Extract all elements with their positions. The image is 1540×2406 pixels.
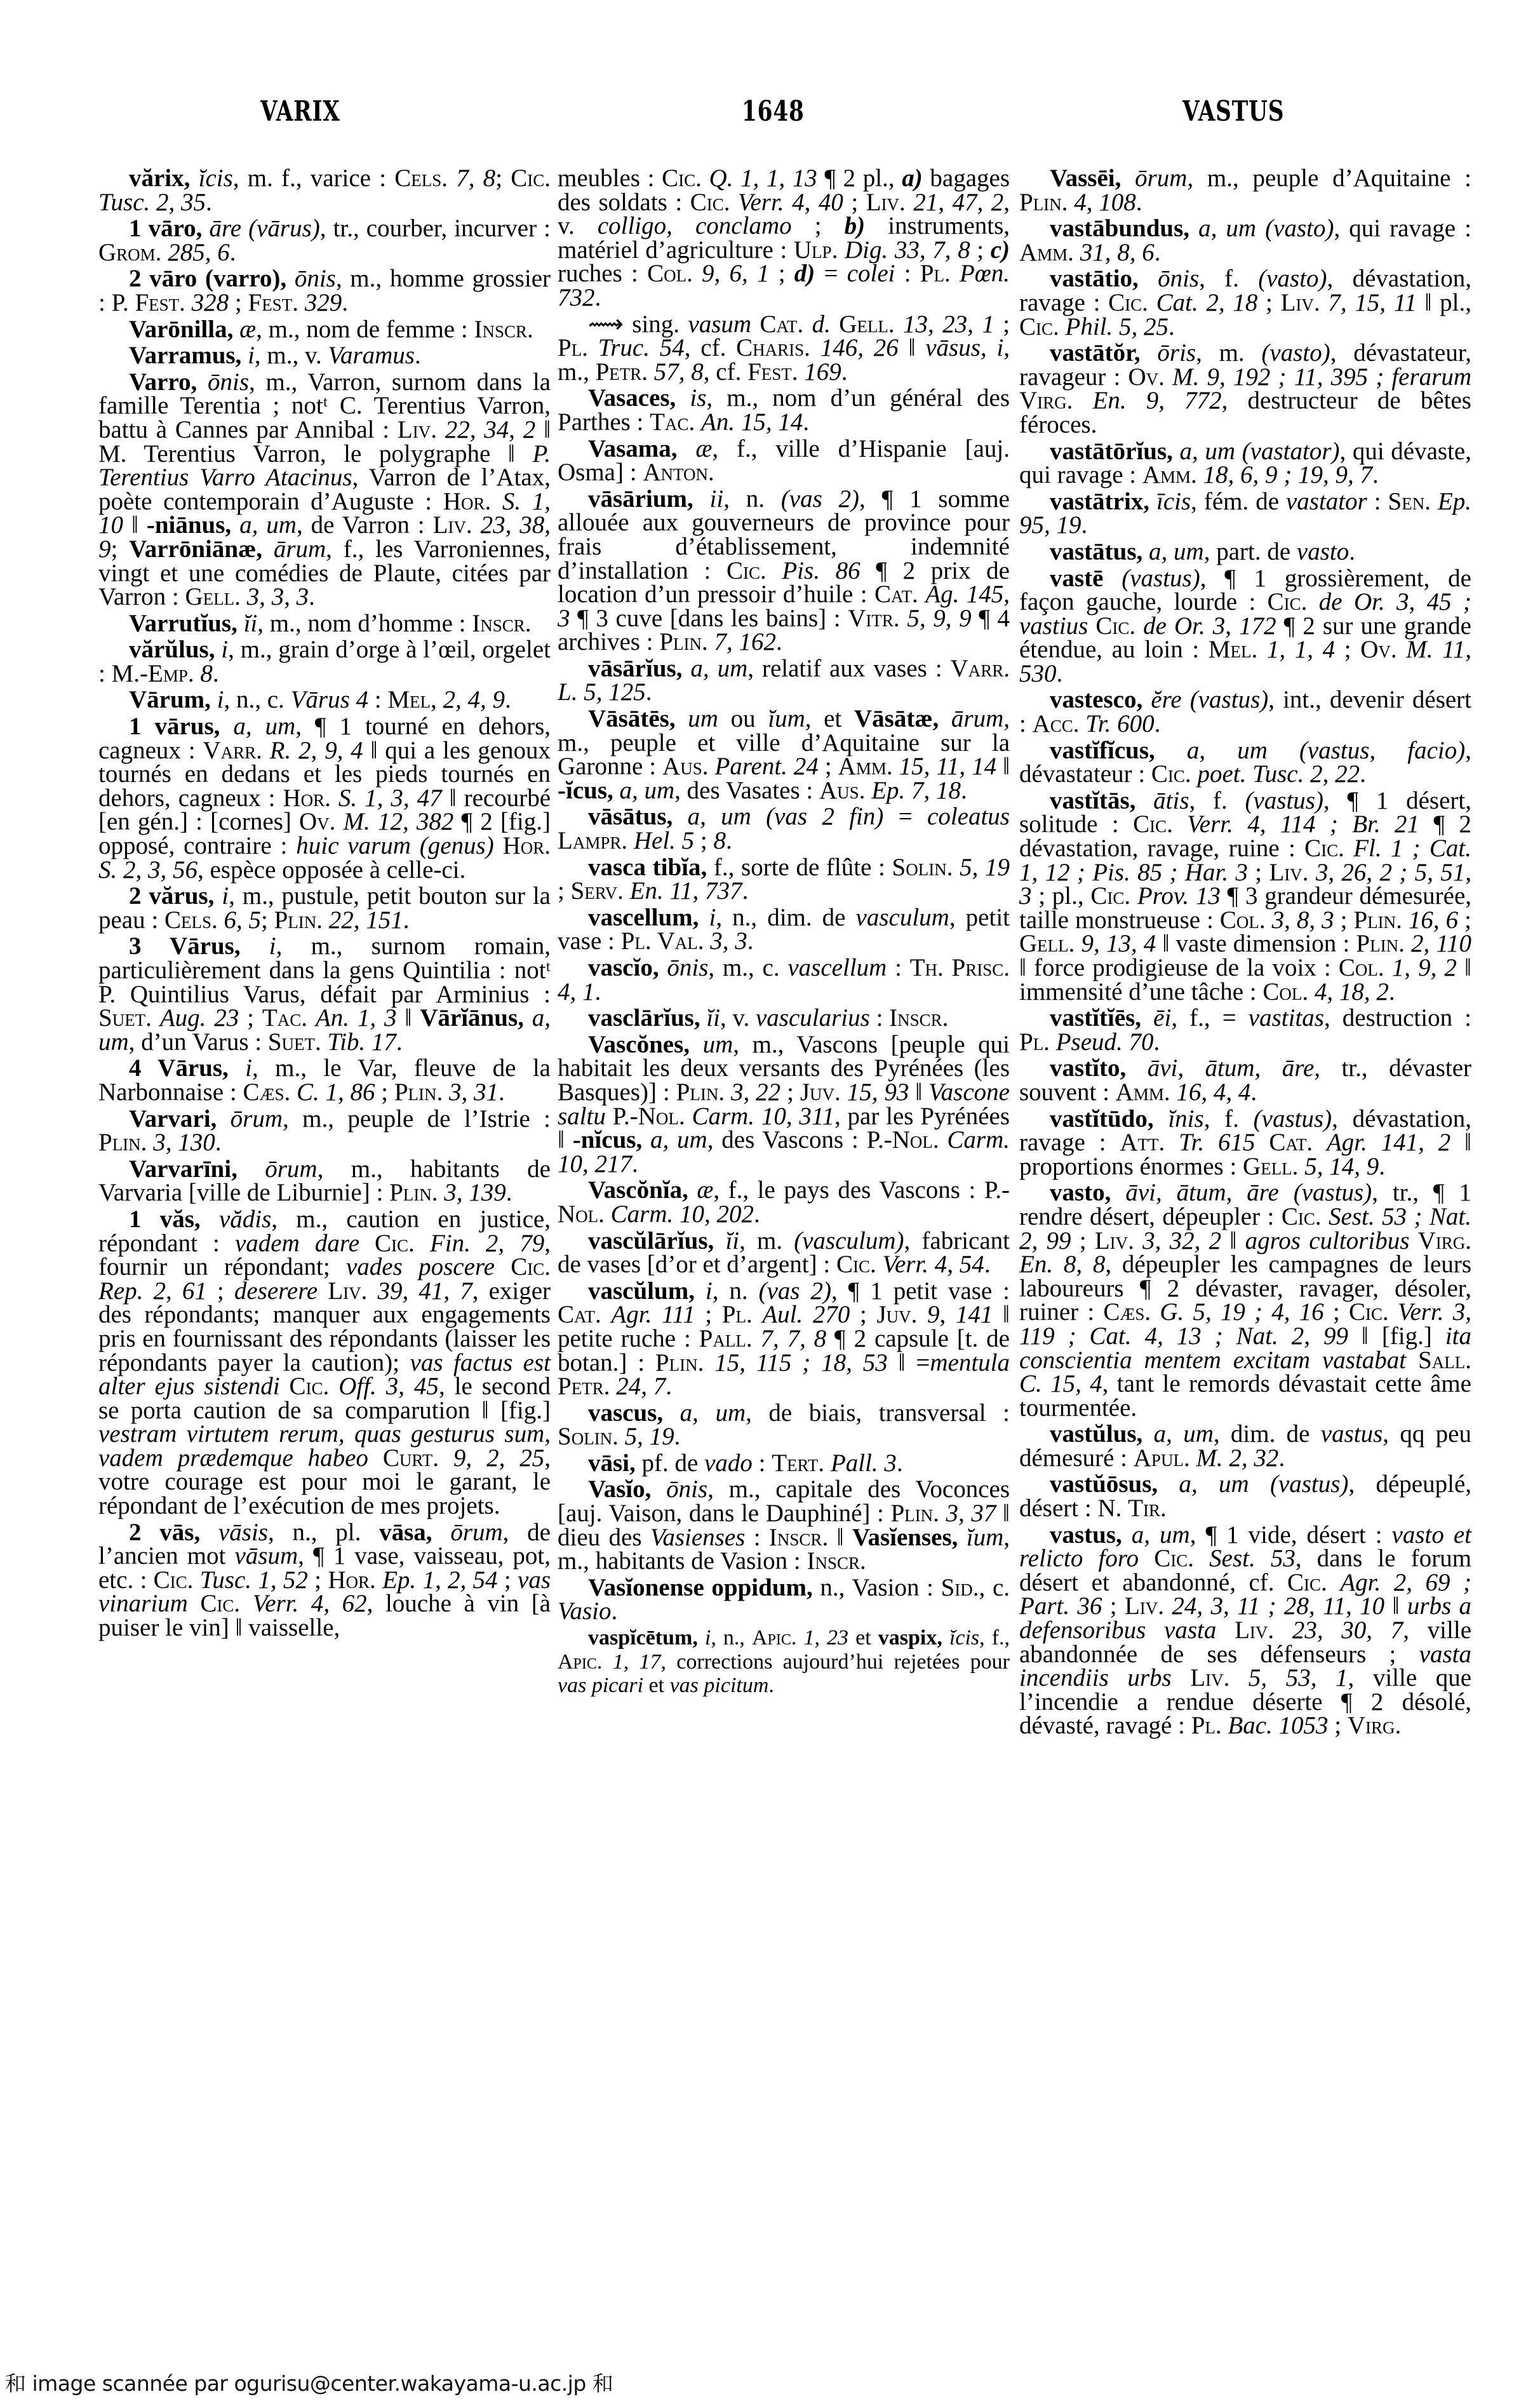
- entry-text: [831, 311, 839, 338]
- entry-text: Plin.: [1019, 189, 1074, 216]
- entry-text: 169: [804, 358, 841, 386]
- entry-headword: Vasama,: [588, 435, 695, 462]
- entry-text: Cæs.: [243, 1079, 297, 1106]
- entry-text: , f.: [1199, 265, 1258, 292]
- entry-text: Vasio: [558, 1597, 612, 1625]
- entry-text: Varrōniānæ,: [129, 535, 274, 563]
- dictionary-entry: vāsātus, a, um (vas 2 fin) = coleatus La…: [558, 805, 1010, 852]
- entry-text: i: [245, 1054, 252, 1082]
- entry-text: Cic.: [1133, 810, 1187, 838]
- entry-text: pf. de: [642, 1449, 705, 1477]
- entry-text: .: [754, 1200, 760, 1228]
- entry-headword: vascellum,: [588, 904, 709, 931]
- entry-text: ;: [1257, 289, 1280, 316]
- entry-text: Vārus 4: [291, 686, 368, 713]
- entry-text: , relatif aux vases :: [747, 655, 950, 682]
- entry-text: ;: [1102, 1592, 1125, 1620]
- entry-text: Cic.: [690, 189, 738, 216]
- entry-text: agros cultoribus: [1245, 1227, 1410, 1254]
- entry-headword: Varvari,: [129, 1105, 231, 1132]
- entry-text: b): [845, 212, 866, 239]
- entry-text: vascellum: [787, 954, 887, 981]
- entry-text: ōnis: [666, 1475, 707, 1503]
- entry-text: , des Vasates :: [674, 777, 819, 804]
- entry-text: Sall.: [1418, 1347, 1471, 1374]
- entry-text: ;: [1324, 1298, 1349, 1326]
- entry-text: Cat.: [1269, 1129, 1327, 1156]
- entry-text: Amm.: [1116, 1079, 1177, 1106]
- entry-text: Agr. 141, 2: [1327, 1129, 1450, 1156]
- entry-text: Suet.: [268, 1028, 328, 1056]
- dictionary-entry: vasclārĭus, ĭi, v. vascularius : Inscr.: [558, 1006, 1010, 1030]
- entry-text: Plin.: [1356, 930, 1411, 957]
- entry-text: Liv.: [1190, 1664, 1249, 1691]
- entry-text: c): [991, 236, 1010, 264]
- dictionary-entry: Varrutĭus, ĭi, m., nom d’homme : Inscr.: [98, 612, 551, 636]
- entry-text: Liv.: [866, 189, 914, 216]
- entry-text: .: [230, 239, 236, 266]
- entry-text: Mel.: [1209, 636, 1267, 663]
- entry-text: Phil. 5, 25: [1066, 313, 1169, 340]
- dictionary-entry: meubles : Cic. Q. 1, 1, 13 ¶ 2 pl., a) b…: [558, 166, 1010, 310]
- entry-headword: vastātio,: [1050, 265, 1158, 292]
- entry-text: vaspix,: [878, 1626, 949, 1650]
- entry-text: Hor.: [283, 784, 338, 812]
- entry-text: a, um: [650, 1126, 707, 1153]
- entry-text: Pl.: [722, 1301, 763, 1328]
- entry-text: Cic.: [1282, 1203, 1329, 1230]
- entry-text: , destruction :: [1324, 1004, 1471, 1032]
- entry-text: Q. 1, 1, 13: [709, 165, 817, 192]
- entry-text: :: [895, 260, 920, 287]
- entry-text: .: [215, 1129, 222, 1156]
- entry-text: 5, 19: [960, 854, 1010, 881]
- entry-text: ĭi: [244, 610, 258, 637]
- entry-text: .: [1155, 710, 1161, 737]
- entry-text: 329: [305, 289, 342, 316]
- entry-text: (vasto): [1261, 339, 1330, 366]
- entry-text: 31, 8, 6: [1080, 239, 1155, 266]
- entry-text: , part. de: [1204, 538, 1297, 565]
- entry-text: āre (vārus): [210, 215, 320, 242]
- entry-text: Charis.: [736, 334, 820, 361]
- entry-text: .: [1349, 538, 1355, 565]
- entry-text: 16, 4, 4: [1176, 1079, 1250, 1106]
- entry-headword: vastātŏr,: [1050, 339, 1157, 366]
- entry-text: 7, 162: [714, 628, 776, 655]
- entry-text: Inscr.: [474, 316, 533, 343]
- entry-text: vasum: [688, 311, 751, 338]
- entry-text: .: [1081, 511, 1088, 539]
- entry-text: .: [506, 1179, 512, 1206]
- entry-text: vades poscere: [346, 1253, 495, 1280]
- entry-text: =: [815, 260, 847, 287]
- entry-text: æ: [239, 316, 256, 343]
- entry-headword: 3 Vārus,: [129, 932, 269, 960]
- entry-text: , m., v.: [255, 342, 328, 369]
- entry-text: Ov.: [1360, 636, 1406, 663]
- entry-text: Col.: [1339, 954, 1392, 981]
- dictionary-entry: 1 vārus, a, um, ¶ 1 tourné en dehors, ca…: [98, 715, 551, 882]
- left-guide-word: VARIX: [260, 95, 340, 128]
- entry-text: 3, 31: [449, 1079, 499, 1106]
- entry-text: .: [984, 1251, 991, 1278]
- entry-text: Plin.: [394, 1079, 449, 1106]
- entry-headword: vastātrix,: [1050, 488, 1156, 515]
- entry-text: Vasĭenses,: [852, 1524, 967, 1551]
- entry-text: Plin.: [890, 1500, 946, 1527]
- entry-text: vasto: [1297, 538, 1349, 565]
- entry-headword: vāsārĭus,: [588, 655, 690, 682]
- entry-text: ;: [375, 1079, 394, 1106]
- dictionary-entry: ⟿ sing. vasum Cat. d. Gell. 13, 23, 1 ; …: [558, 313, 1010, 384]
- entry-text: , n., c.: [224, 686, 291, 713]
- entry-text: Gell.: [839, 311, 903, 338]
- entry-text: ĭcis: [199, 165, 233, 192]
- entry-text: ; pl.,: [1032, 882, 1091, 910]
- entry-text: ōnis: [295, 265, 336, 292]
- entry-text: Hor.: [443, 488, 502, 515]
- entry-text: Ep. 7, 18: [871, 777, 961, 804]
- entry-text: ĭi: [725, 1227, 739, 1254]
- dictionary-entry: 4 Vārus, i, m., le Var, fleuve de la Nar…: [98, 1056, 551, 1104]
- entry-text: .: [1278, 1444, 1285, 1472]
- dictionary-entry: vastĭtĭēs, ēi, f., = vastitas, destructi…: [1019, 1006, 1471, 1054]
- entry-text: et: [848, 1626, 878, 1650]
- dictionary-entry: 1 văs, vădis, m., caution en justice, ré…: [98, 1207, 551, 1518]
- dictionary-entry: vastātio, ōnis, f. (vasto), dévastation,…: [1019, 267, 1471, 339]
- entry-text: Cic.: [1349, 1298, 1398, 1326]
- entry-text: Vitr.: [848, 605, 907, 632]
- entry-text: mentula: [930, 1349, 1010, 1376]
- entry-text: f., sorte de flûte :: [714, 854, 892, 881]
- entry-headword: 4 Vārus,: [129, 1054, 245, 1082]
- entry-text: Juv.: [800, 1079, 847, 1106]
- entry-text: (vasto): [1258, 265, 1327, 292]
- dictionary-entry: Vasĭonense oppidum, n., Vasion : Sid., c…: [558, 1576, 1010, 1623]
- entry-text: Liv.: [1281, 289, 1329, 316]
- entry-text: 23, 30, 7: [1292, 1616, 1403, 1644]
- entry-text: Vārĭānus,: [420, 1004, 532, 1032]
- entry-text: vas picitum: [670, 1674, 769, 1697]
- dictionary-column-3: Vassēi, ōrum, m., peuple d’Aquitaine : P…: [1019, 166, 1471, 1740]
- entry-headword: 2 vāro (varro),: [129, 265, 295, 292]
- dictionary-entry: vărix, ĭcis, m. f., varice : Cels. 7, 8;…: [98, 166, 551, 214]
- dictionary-entry: Vāsātēs, um ou ĭum, et Vāsātæ, ārum, m.,…: [558, 707, 1010, 802]
- dictionary-entry: 2 vāro (varro), ōnis, m., homme grossier…: [98, 267, 551, 314]
- entry-headword: 1 vāro,: [129, 215, 210, 242]
- entry-text: Inscr.: [472, 610, 531, 637]
- entry-text: , f., le pays des Vascons : P.-: [713, 1176, 1010, 1204]
- entry-text: ,: [431, 686, 443, 713]
- entry-text: ;: [239, 1004, 262, 1032]
- entry-text: .: [342, 289, 348, 316]
- entry-text: Off. 3, 45: [338, 1373, 439, 1400]
- entry-text: ‖: [123, 511, 147, 539]
- entry-text: Tert.: [772, 1449, 831, 1477]
- dictionary-entry: vastŭlus, a, um, dim. de vastus, qq peu …: [1019, 1422, 1471, 1470]
- entry-text: Nol.: [638, 1103, 692, 1130]
- dictionary-entry: vastĭtūdo, ĭnis, f. (vastus), dévastatio…: [1019, 1107, 1471, 1179]
- entry-text: Solin.: [558, 1423, 625, 1450]
- entry-text: 21, 47, 2: [913, 189, 1003, 216]
- entry-text: Petr.: [596, 358, 654, 386]
- dictionary-entry: vaspĭcētum, i, n., Apic. 1, 23 et vaspix…: [558, 1626, 1010, 1698]
- entry-text: M. 2, 32: [1196, 1444, 1278, 1472]
- entry-text: , qui ravage :: [1334, 215, 1471, 242]
- entry-text: Cic.: [1268, 588, 1319, 615]
- entry-text: Grom.: [98, 239, 168, 266]
- entry-text: Gell.: [1243, 1153, 1304, 1180]
- entry-text: ēi: [1153, 1004, 1171, 1032]
- entry-text: ĭnis: [1168, 1105, 1203, 1132]
- entry-text: , m., peuple d’Aquitaine :: [1187, 165, 1471, 192]
- entry-text: Amm.: [838, 753, 899, 780]
- entry-text: Virg.: [1019, 387, 1093, 414]
- dictionary-entry: vastātŏr, ōris, m. (vasto), dévastateur,…: [1019, 341, 1471, 436]
- entry-text: (vastus): [1254, 1105, 1332, 1132]
- entry-text: i: [221, 636, 228, 663]
- entry-text: vasculum: [856, 904, 949, 931]
- entry-text: vastator: [1286, 488, 1367, 515]
- dictionary-entry: Vārum, i, n., c. Vārus 4 : Mel, 2, 4, 9.: [98, 688, 551, 712]
- dictionary-entry: 2 vās, vāsis, n., pl. vāsa, ōrum, de l’a…: [98, 1521, 551, 1640]
- entry-text: ;: [308, 1566, 328, 1594]
- entry-text: i: [706, 1277, 713, 1305]
- entry-text: 24, 7: [616, 1373, 666, 1400]
- entry-text: Verr. 4, 54: [882, 1251, 984, 1278]
- dictionary-entry: vāsārĭus, a, um, relatif aux vases : Var…: [558, 657, 1010, 704]
- entry-text: ōnis: [208, 368, 249, 396]
- dictionary-entry: vascŭlārĭus, ĭi, m. (vasculum), fabrican…: [558, 1229, 1010, 1277]
- entry-text: Emp.: [148, 660, 200, 687]
- dictionary-entry: vastesco, ĕre (vastus), int., devenir dé…: [1019, 688, 1471, 736]
- entry-text: Dig. 33, 7, 8: [845, 236, 970, 264]
- entry-text: 1, 9, 2: [1392, 954, 1457, 981]
- dictionary-entry: vastābundus, a, um (vasto), qui ravage :…: [1019, 217, 1471, 264]
- entry-text: [359, 1230, 375, 1257]
- entry-text: Plin.: [676, 1079, 731, 1106]
- entry-text: , ¶ 1 petit vase :: [831, 1277, 1010, 1305]
- entry-text: Cic.: [1095, 612, 1143, 640]
- entry-text: 9, 13, 4: [1081, 930, 1156, 957]
- entry-text: .: [1154, 1028, 1160, 1056]
- entry-headword: vāsārium,: [588, 485, 710, 513]
- entry-text: vāsus, i: [925, 334, 1003, 361]
- entry-text: Sest. 53: [1209, 1545, 1296, 1572]
- dictionary-column-1: vărix, ĭcis, m. f., varice : Cels. 7, 8;…: [98, 166, 551, 1643]
- dictionary-entry: vastĭto, āvi, ātum, āre, tr., dévaster s…: [1019, 1056, 1471, 1104]
- entry-headword: vascŭlārĭus,: [588, 1227, 725, 1254]
- entry-headword: vastātōrĭus,: [1050, 438, 1180, 465]
- entry-text: Rep. 2, 61: [98, 1277, 207, 1305]
- entry-text: ;: [495, 165, 511, 192]
- entry-text: Aus.: [662, 753, 714, 780]
- entry-text: Suet.: [98, 1004, 160, 1032]
- entry-text: Hor.: [328, 1566, 382, 1594]
- entry-text: Verr. 4, 40: [738, 189, 843, 216]
- entry-text: a, um (vastator): [1180, 438, 1340, 465]
- entry-text: Sid.: [941, 1574, 979, 1601]
- dictionary-entry: 1 vāro, āre (vārus), tr., courber, incur…: [98, 217, 551, 264]
- entry-text: Aus.: [819, 777, 871, 804]
- entry-text: Hor.: [503, 832, 551, 859]
- entry-text: , n., dim. de: [716, 904, 855, 931]
- entry-text: 3, 139: [444, 1179, 506, 1206]
- entry-text: .: [1168, 313, 1175, 340]
- entry-text: d): [794, 260, 815, 287]
- entry-text: 3, 3: [710, 927, 747, 955]
- entry-text: [1216, 1616, 1235, 1644]
- entry-text: M. 12, 382: [344, 808, 454, 835]
- entry-text: poet. Tusc. 2, 22: [1197, 760, 1360, 788]
- dictionary-entry: vasca tibĭa, f., sorte de flûte : Solin.…: [558, 856, 1010, 903]
- entry-text: ōnis: [1158, 265, 1199, 292]
- entry-text: , de biais, transversal :: [746, 1399, 1010, 1427]
- entry-text: ;: [843, 189, 866, 216]
- entry-text: [280, 1373, 290, 1400]
- entry-text: .: [206, 189, 212, 216]
- entry-text: , d’un Varus :: [129, 1028, 268, 1056]
- entry-text: G. 5, 19 ; 4, 16: [1160, 1298, 1323, 1326]
- entry-text: 6, 5: [224, 906, 261, 934]
- entry-text: 5, 19: [625, 1423, 674, 1450]
- entry-text: ;: [819, 753, 838, 780]
- entry-text: :: [1367, 488, 1388, 515]
- entry-headword: vāsātus,: [588, 803, 688, 830]
- entry-text: 1, 23: [803, 1626, 848, 1650]
- entry-text: 9, 2, 25: [453, 1444, 544, 1472]
- entry-text: ou: [718, 705, 768, 732]
- entry-text: Inscr.: [807, 1547, 866, 1575]
- entry-text: Virg.: [1418, 1227, 1471, 1254]
- entry-text: deserere: [234, 1277, 318, 1305]
- entry-text: meubles :: [558, 165, 662, 192]
- dictionary-entry: vascellum, i, n., dim. de vasculum, peti…: [558, 906, 1010, 953]
- entry-headword: Vassēi,: [1050, 165, 1135, 192]
- entry-text: Tusc. 2, 35: [98, 189, 206, 216]
- entry-text: ;: [1329, 1712, 1348, 1739]
- entry-text: ĭum: [768, 705, 805, 732]
- dictionary-entry: vasto, āvi, ātum, āre (vastus), tr., ¶ 1…: [1019, 1181, 1471, 1420]
- entry-text: , n., pl.: [268, 1519, 379, 1546]
- entry-text: .: [1372, 461, 1379, 488]
- entry-text: Parent. 24: [714, 753, 818, 780]
- entry-text: Inscr.: [889, 1004, 948, 1032]
- entry-headword: vasclārĭus,: [588, 1004, 706, 1032]
- entry-text: .: [768, 1674, 774, 1697]
- entry-text: vāsa,: [379, 1519, 450, 1546]
- entry-headword: Vasaces,: [588, 384, 690, 412]
- entry-text: Cic.: [511, 165, 551, 192]
- entry-headword: vărix,: [129, 165, 199, 192]
- entry-text: ‖: [909, 1079, 928, 1106]
- entry-text: .: [961, 777, 967, 804]
- entry-text: , n.,: [711, 1626, 752, 1650]
- entry-text: 7, 8: [456, 165, 495, 192]
- dictionary-entry: Vascŏnes, um, m., Vascons [peuple qui ha…: [558, 1033, 1010, 1176]
- entry-text: , m. f., varice :: [233, 165, 394, 192]
- entry-headword: Vasĭo,: [588, 1475, 666, 1503]
- entry-text: [1255, 1129, 1269, 1156]
- entry-text: Fest.: [747, 358, 804, 386]
- dictionary-entry: 2 vărus, i, m., pustule, petit bouton su…: [98, 884, 551, 932]
- entry-headword: vastŭōsus,: [1050, 1470, 1179, 1498]
- entry-text: Curt.: [383, 1444, 453, 1472]
- entry-text: 15, 11, 14: [899, 753, 997, 780]
- entry-text: , cf.: [685, 334, 736, 361]
- entry-text: :: [745, 1524, 769, 1551]
- entry-text: 3, 130: [153, 1129, 215, 1156]
- entry-text: Pis. 86: [782, 557, 860, 584]
- dictionary-entry: Varōnilla, æ, m., nom de femme : Inscr.: [98, 318, 551, 342]
- dictionary-entry: vastĭtās, ātis, f. (vastus), ¶ 1 désert,…: [1019, 789, 1471, 1004]
- entry-text: .: [1155, 239, 1161, 266]
- entry-text: :: [887, 954, 909, 981]
- entry-text: Cic.: [726, 557, 782, 584]
- entry-text: ;: [1458, 906, 1471, 934]
- entry-text: Cic.: [1108, 289, 1156, 316]
- entry-text: Cic.: [1151, 760, 1198, 788]
- entry-text: i: [705, 1626, 711, 1650]
- entry-text: ‖: [397, 1004, 420, 1032]
- entry-text: .: [776, 628, 782, 655]
- entry-headword: 1 văs,: [129, 1206, 219, 1233]
- entry-text: ‖ force prodigieuse de la voix :: [1019, 954, 1339, 981]
- entry-text: ‖: [1221, 1227, 1245, 1254]
- dictionary-entry: Varro, ōnis, m., Varron, surnom dans la …: [98, 370, 551, 609]
- entry-text: Bac. 1053: [1228, 1712, 1328, 1739]
- entry-text: Apic.: [558, 1650, 613, 1674]
- dictionary-entry: Vascŏnĭa, æ, f., le pays des Vascons : P…: [558, 1178, 1010, 1226]
- entry-headword: Vārum,: [129, 686, 217, 713]
- entry-text: [751, 311, 760, 338]
- entry-text: a): [902, 165, 923, 192]
- entry-text: C. 15, 4: [1019, 1370, 1102, 1397]
- entry-text: .: [897, 1449, 903, 1477]
- entry-text: īcis: [1156, 488, 1191, 515]
- entry-text: 5, 9, 9: [907, 605, 971, 632]
- entry-text: ;: [111, 535, 130, 563]
- dictionary-entry: vascŭlum, i, n. (vas 2), ¶ 1 petit vase …: [558, 1279, 1010, 1399]
- entry-text: 24, 3, 11 ; 28, 11, 10: [1172, 1592, 1384, 1620]
- entry-text: Aug. 23: [160, 1004, 239, 1032]
- entry-text: Plin.: [659, 628, 714, 655]
- entry-text: Cæs.: [1103, 1298, 1160, 1326]
- entry-text: , m.: [1196, 339, 1261, 366]
- entry-text: .: [1136, 189, 1142, 216]
- entry-headword: vastŭlus,: [1050, 1420, 1154, 1448]
- entry-headword: vastĭfĭcus,: [1050, 737, 1187, 764]
- entry-text: .: [674, 1423, 681, 1450]
- entry-text: .: [747, 927, 754, 955]
- entry-text: .: [632, 1150, 638, 1178]
- entry-text: ‖ =: [888, 1349, 930, 1376]
- entry-text: Sen.: [1388, 488, 1438, 515]
- entry-text: .: [803, 408, 809, 436]
- page-header: VARIX 1648 VASTUS: [0, 95, 1540, 140]
- entry-text: Verr. 4, 114 ; Br. 21: [1187, 810, 1419, 838]
- entry-text: d.: [812, 311, 831, 338]
- entry-text: Pl.: [558, 334, 598, 361]
- entry-headword: vascus,: [588, 1399, 680, 1427]
- entry-text: , n.: [713, 1277, 759, 1305]
- entry-text: (vastus): [1245, 787, 1323, 814]
- entry-text: 3, 3, 3: [247, 583, 309, 610]
- entry-text: huic varum (genus): [296, 832, 493, 859]
- entry-text: , f.,: [979, 1626, 1010, 1650]
- entry-headword: vastātus,: [1050, 538, 1149, 565]
